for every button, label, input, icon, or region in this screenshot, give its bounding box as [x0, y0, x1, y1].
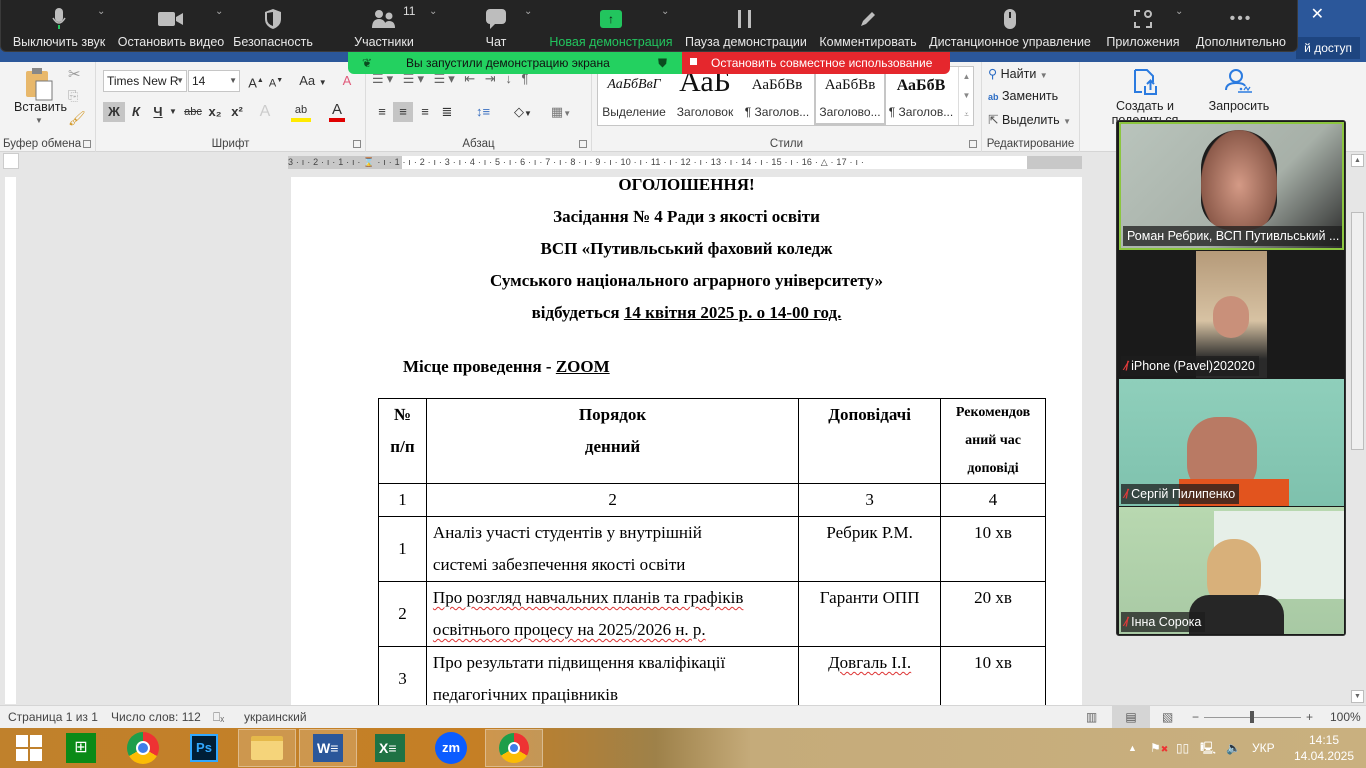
replace-icon: ab — [988, 92, 999, 102]
paste-icon[interactable] — [24, 67, 54, 101]
italic-button[interactable]: К — [127, 102, 145, 122]
header-agenda: Порядокденний — [426, 399, 798, 484]
change-case-button[interactable]: Aa ▼ — [298, 71, 328, 93]
share-arrow-icon: ↑ — [600, 8, 622, 30]
align-left-icon[interactable]: ≡ — [372, 102, 392, 122]
explorer-app[interactable] — [238, 729, 296, 767]
stop-share-button[interactable]: Остановить совместное использование — [682, 52, 950, 74]
scroll-up-icon[interactable]: ▲ — [1351, 154, 1364, 167]
create-share-pdf-button[interactable]: Создать и поделиться — [1084, 68, 1206, 127]
mute-button[interactable]: ⌄ Выключить звук — [9, 0, 109, 52]
remote-control-button[interactable]: Дистанционное управление — [929, 0, 1091, 52]
table-row: 3 Про результати підвищення кваліфікації… — [379, 647, 1046, 706]
pause-share-button[interactable]: Пауза демонстрации — [685, 0, 805, 52]
chrome-icon — [499, 733, 529, 763]
status-bar: Страница 1 из 1 Число слов: 112 ⎕ₓ украи… — [0, 705, 1366, 728]
style-emphasis[interactable]: АаБбВвГВыделение — [598, 67, 670, 125]
print-layout-icon[interactable]: ▤ — [1112, 706, 1150, 728]
chrome-icon — [127, 732, 159, 764]
style-title[interactable]: АаБЗаголовок — [670, 67, 740, 125]
battery-icon[interactable]: ▯▯ — [1176, 728, 1189, 768]
font-name-select[interactable]: Times New R▼ — [103, 70, 187, 92]
doc-line: Засідання № 4 Ради з якості освіти — [291, 207, 1082, 227]
chevron-down-icon[interactable]: ⌄ — [524, 6, 532, 17]
highlight-color-icon[interactable]: ab — [291, 102, 311, 122]
table-row: 2 Про розгляд навчальних планів та графі… — [379, 582, 1046, 647]
font-size-select[interactable]: 14▼ — [188, 70, 240, 92]
video-tile[interactable]: ⁄̸Сергій Пилипенко — [1119, 379, 1344, 506]
font-color-icon[interactable]: A — [329, 102, 345, 122]
bold-button[interactable]: Ж — [103, 102, 125, 122]
tab-selector[interactable] — [3, 153, 19, 169]
stop-video-button[interactable]: ⌄ Остановить видео — [115, 0, 227, 52]
select-button[interactable]: ⇱ Выделить ▼ — [988, 112, 1071, 127]
volume-icon[interactable]: 🔈 — [1226, 728, 1241, 768]
zoom-level[interactable]: 100% — [1330, 706, 1361, 728]
chevron-down-icon[interactable]: ⌄ — [661, 6, 669, 17]
sharing-status-banner: ❦ Вы запустили демонстрацию экрана ⛊ — [348, 52, 682, 74]
start-button[interactable] — [0, 729, 58, 767]
header-time: Рекомендований часдоповіді — [941, 399, 1046, 484]
pencil-icon — [859, 8, 877, 30]
photoshop-app[interactable]: Ps — [175, 729, 233, 767]
paste-button[interactable]: Вставить — [14, 100, 67, 114]
signature-icon — [1206, 68, 1272, 99]
zoom-video-panel: Роман Ребрик, ВСП Путивльський ... ⁄̸iPh… — [1116, 120, 1346, 636]
vertical-ruler — [5, 177, 16, 704]
clock[interactable]: 14:15 14.04.2025 — [1292, 732, 1356, 764]
video-tile[interactable]: Роман Ребрик, ВСП Путивльський ... — [1119, 122, 1344, 250]
zoom-share-icon: ❦ — [362, 52, 372, 74]
pdf-share-icon — [1084, 68, 1206, 99]
network-icon[interactable]: 🖳 — [1200, 728, 1216, 768]
shading-icon[interactable]: ◇▼ — [508, 102, 538, 124]
strikethrough-button[interactable]: abc — [182, 102, 204, 122]
proofing-icon[interactable]: ⎕ₓ — [213, 706, 224, 728]
action-center-icon[interactable]: ⚑✖ — [1150, 728, 1168, 768]
shield-icon — [264, 8, 282, 30]
word-count[interactable]: Число слов: 112 — [111, 706, 201, 728]
chevron-down-icon[interactable]: ⌄ — [215, 6, 223, 17]
input-language[interactable]: УКР — [1252, 728, 1275, 768]
header-speakers: Доповідачі — [799, 399, 941, 484]
doc-date-line: відбудеться 14 квітня 2025 р. о 14-00 го… — [291, 303, 1082, 323]
excel-icon: X≡ — [375, 734, 405, 762]
excel-app[interactable]: X≡ — [361, 729, 419, 767]
mouse-icon — [1003, 8, 1017, 30]
zoom-in-icon[interactable]: + — [1306, 706, 1313, 728]
subscript-button[interactable]: x₂ — [206, 102, 224, 122]
chevron-down-icon[interactable]: ⌄ — [1175, 6, 1183, 17]
video-camera-icon — [158, 8, 184, 30]
underline-dropdown-icon[interactable]: ▼ — [168, 102, 178, 122]
video-tile[interactable]: ⁄̸iPhone (Pavel)202020 — [1119, 251, 1344, 378]
editing-group: ⚲ Найти ▼ ab Заменить ⇱ Выделить ▼ Редак… — [982, 62, 1080, 152]
store-app[interactable]: ⊞ — [52, 729, 110, 767]
dialog-launcher-icon[interactable] — [579, 140, 587, 148]
replace-button[interactable]: ab Заменить — [988, 89, 1058, 103]
horizontal-ruler[interactable]: 3 · ı · 2 · ı · 1 · ı · ⌛ · ı · 1 · ı · … — [288, 156, 1082, 169]
chrome-app[interactable] — [114, 729, 172, 767]
more-button[interactable]: ••• Дополнительно — [1193, 0, 1289, 52]
paragraph-group: ☰▾ ☰▾ ☰▾ ⇤ ⇥ ↓ ¶ ≡ ≡ ≡ ≣ ↕≡ ◇▼ ▦▼ Абзац — [366, 62, 592, 152]
participant-video — [1201, 130, 1277, 230]
table-numbering-row: 1 2 3 4 — [379, 484, 1046, 517]
line-spacing-icon[interactable]: ↕≡ — [469, 102, 497, 122]
header-number: №п/п — [379, 399, 427, 484]
format-painter-icon[interactable]: 🖌 — [68, 110, 86, 127]
participant-name: ⁄̸Сергій Пилипенко — [1121, 484, 1239, 504]
align-center-icon[interactable]: ≡ — [393, 102, 413, 122]
apps-button[interactable]: ⌄ Приложения — [1103, 0, 1183, 52]
doc-title: ОГОЛОШЕННЯ! — [291, 177, 1082, 195]
participants-button[interactable]: 11 ⌄ Участники — [341, 0, 427, 52]
stop-square-icon — [690, 58, 697, 65]
muted-mic-icon: ⁄̸ — [1125, 487, 1127, 501]
participant-name: Роман Ребрик, ВСП Путивльський ... — [1123, 226, 1343, 246]
superscript-button[interactable]: x² — [228, 102, 246, 122]
style-heading-3[interactable]: АаБбВ¶ Заголов... — [886, 67, 956, 125]
store-icon: ⊞ — [66, 733, 96, 763]
apps-icon — [1133, 8, 1153, 30]
chat-bubble-icon — [485, 8, 507, 30]
language[interactable]: украинский — [244, 706, 307, 728]
scroll-down-icon[interactable]: ▼ — [1351, 690, 1364, 703]
cut-icon[interactable]: ✂ — [68, 65, 81, 83]
chevron-down-icon[interactable]: ⌄ — [429, 6, 437, 17]
align-right-icon[interactable]: ≡ — [415, 102, 435, 122]
annotate-button[interactable]: Комментировать — [817, 0, 919, 52]
chat-button[interactable]: ⌄ Чат — [466, 0, 526, 52]
clipboard-group: Вставить ▼ ✂ ⎘ 🖌 Буфер обмена — [0, 62, 96, 152]
find-button[interactable]: ⚲ Найти ▼ — [988, 66, 1048, 81]
font-group: Times New R▼ 14▼ A▲ A▼ Aa ▼ A Ж К Ч ▼ ab… — [96, 62, 366, 152]
read-mode-icon[interactable]: ▥ — [1086, 706, 1097, 728]
styles-gallery: АаБбВвГВыделение АаБЗаголовок АаБбВв¶ За… — [597, 66, 974, 126]
pause-icon — [737, 8, 753, 30]
word-icon: W≡ — [313, 734, 343, 762]
document-page[interactable]: ОГОЛОШЕННЯ! Засідання № 4 Ради з якості … — [291, 177, 1082, 705]
text-effects-icon[interactable]: A — [256, 102, 274, 122]
more-dots-icon: ••• — [1230, 8, 1253, 30]
page-count[interactable]: Страница 1 из 1 — [8, 706, 98, 728]
muted-mic-icon: ⁄̸ — [1125, 359, 1127, 373]
video-tile[interactable]: ⁄̸Інна Сорока — [1119, 507, 1344, 634]
clear-formatting-icon[interactable]: A — [338, 71, 356, 91]
search-icon: ⚲ — [988, 67, 997, 81]
doc-line: Сумського національного аграрного універ… — [291, 271, 1082, 291]
microphone-icon — [52, 8, 66, 30]
table-header-row: №п/п Порядокденний Доповідачі Рекомендов… — [379, 399, 1046, 484]
zoom-slider-thumb[interactable] — [1250, 711, 1254, 723]
grow-font-icon[interactable]: A▲ — [248, 71, 264, 93]
share-button[interactable]: й доступ — [1296, 37, 1360, 59]
photoshop-icon: Ps — [190, 734, 218, 762]
new-share-button[interactable]: ↑ ⌄ Новая демонстрация — [549, 0, 673, 52]
zoom-icon: zm — [435, 732, 467, 764]
zoom-app[interactable]: zm — [422, 729, 480, 767]
justify-icon[interactable]: ≣ — [437, 102, 457, 122]
participant-name: ⁄̸Інна Сорока — [1121, 612, 1205, 632]
dialog-launcher-icon[interactable] — [969, 140, 977, 148]
copy-icon[interactable]: ⎘ — [68, 88, 78, 104]
chrome-profile-app[interactable] — [485, 729, 543, 767]
agenda-table: №п/п Порядокденний Доповідачі Рекомендов… — [378, 398, 1046, 705]
zoom-meeting-toolbar: ⌄ Выключить звук ⌄ Остановить видео Безо… — [0, 0, 1298, 52]
chevron-down-icon[interactable]: ⌄ — [97, 6, 105, 17]
show-hidden-icons[interactable]: ▲ — [1128, 728, 1137, 768]
venue-line: Місце проведення - ZOOM — [403, 357, 610, 377]
taskbar: ⊞ Ps W≡ X≡ zm ▲ ⚑✖ ▯▯ 🖳 🔈 УКР 14:15 14.0… — [0, 728, 1366, 768]
windows-icon — [16, 735, 42, 761]
scroll-thumb[interactable] — [1351, 212, 1364, 450]
zoom-out-icon[interactable]: − — [1192, 706, 1199, 728]
underline-button[interactable]: Ч — [149, 102, 167, 122]
participant-count: 11 — [403, 4, 415, 18]
muted-mic-icon: ⁄̸ — [1125, 615, 1127, 629]
folder-icon — [251, 736, 283, 760]
paste-dropdown-icon[interactable]: ▼ — [35, 116, 43, 125]
vertical-scrollbar[interactable]: ▲ ▼ — [1349, 152, 1366, 705]
participants-icon — [371, 8, 397, 30]
borders-icon[interactable]: ▦▼ — [546, 102, 576, 124]
style-heading-1[interactable]: АаБбВв¶ Заголов... — [740, 67, 814, 125]
web-layout-icon[interactable]: ▧ — [1162, 706, 1173, 728]
shrink-font-icon[interactable]: A▼ — [268, 71, 284, 94]
cursor-icon: ⇱ — [988, 113, 998, 127]
doc-line: ВСП «Путивльський фаховий коледж — [291, 239, 1082, 259]
styles-scroll[interactable]: ▲▼⩡ — [958, 67, 974, 125]
participant-name: ⁄̸iPhone (Pavel)202020 — [1121, 356, 1259, 376]
shield-check-icon: ⛊ — [658, 52, 667, 74]
table-row: 1 Аналіз участі студентів у внутрішнійси… — [379, 517, 1046, 582]
word-app[interactable]: W≡ — [299, 729, 357, 767]
security-button[interactable]: Безопасность — [233, 0, 313, 52]
dialog-launcher-icon[interactable] — [353, 140, 361, 148]
style-heading-2[interactable]: АаБбВвЗаголово... — [814, 67, 886, 125]
request-signature-button[interactable]: Запросить — [1206, 68, 1272, 113]
dialog-launcher-icon[interactable] — [83, 140, 91, 148]
